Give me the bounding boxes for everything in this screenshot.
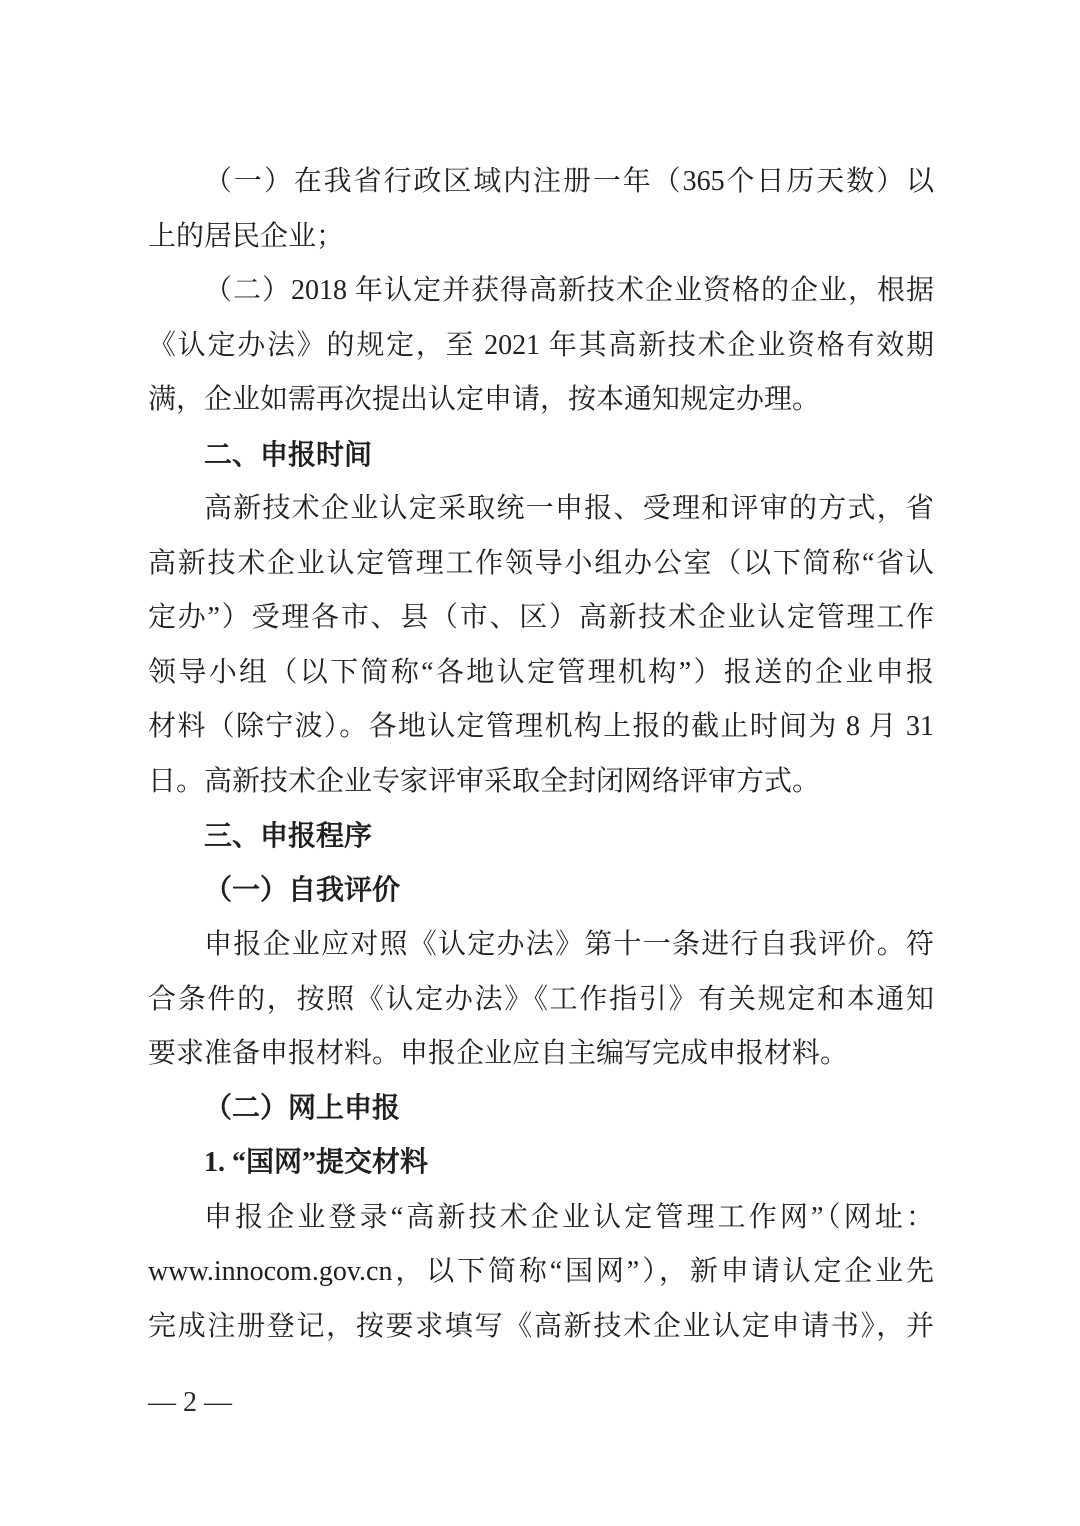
declare-time-body-line-5: 材料（除宁波）。各地认定管理机构上报的截止时间为 8 月 31 <box>148 700 934 755</box>
declare-time-body-line-3: 定办”）受理各市、县（市、区）高新技术企业认定管理工作 <box>148 591 934 646</box>
national-portal-body-line-1: 申报企业登录“高新技术企业认定管理工作网”（网址： <box>148 1191 934 1246</box>
step-heading-national-portal: 1. “国网”提交材料 <box>148 1136 934 1191</box>
clause-eligibility-2-line-2: 《认定办法》的规定，至 2021 年其高新技术企业资格有效期 <box>148 319 934 374</box>
self-evaluation-body-line-2: 合条件的，按照《认定办法》《工作指引》有关规定和本通知 <box>148 973 934 1028</box>
clause-eligibility-2-line-3: 满，企业如需再次提出认定申请，按本通知规定办理。 <box>148 373 934 428</box>
page-number: — 2 — <box>148 1383 232 1423</box>
section-heading-declare-time: 二、申报时间 <box>148 428 934 483</box>
declare-time-body-line-6: 日。高新技术企业专家评审采取全封闭网络评审方式。 <box>148 755 934 810</box>
declare-time-body-line-1: 高新技术企业认定采取统一申报、受理和评审的方式，省 <box>148 482 934 537</box>
section-heading-declare-procedure: 三、申报程序 <box>148 809 934 864</box>
declare-time-body-line-4: 领导小组（以下简称“各地认定管理机构”）报送的企业申报 <box>148 646 934 701</box>
national-portal-body-line-2: www.innocom.gov.cn，以下简称“国网”），新申请认定企业先 <box>148 1245 934 1300</box>
clause-eligibility-2-line-1: （二）2018 年认定并获得高新技术企业资格的企业，根据 <box>148 264 934 319</box>
clause-eligibility-1-line-1: （一）在我省行政区域内注册一年（365个日历天数）以 <box>148 155 934 210</box>
declare-time-body-line-2: 高新技术企业认定管理工作领导小组办公室（以下简称“省认 <box>148 537 934 592</box>
clause-eligibility-1-line-2: 上的居民企业； <box>148 210 934 265</box>
document-body: （一）在我省行政区域内注册一年（365个日历天数）以上的居民企业；（二）2018… <box>148 155 934 1354</box>
subsection-heading-online-declare: （二）网上申报 <box>148 1082 934 1137</box>
self-evaluation-body-line-3: 要求准备申报材料。申报企业应自主编写完成申报材料。 <box>148 1027 934 1082</box>
subsection-heading-self-evaluation: （一）自我评价 <box>148 864 934 919</box>
document-page: （一）在我省行政区域内注册一年（365个日历天数）以上的居民企业；（二）2018… <box>0 0 1080 1526</box>
self-evaluation-body-line-1: 申报企业应对照《认定办法》第十一条进行自我评价。符 <box>148 918 934 973</box>
national-portal-body-line-3: 完成注册登记，按要求填写《高新技术企业认定申请书》，并 <box>148 1300 934 1355</box>
